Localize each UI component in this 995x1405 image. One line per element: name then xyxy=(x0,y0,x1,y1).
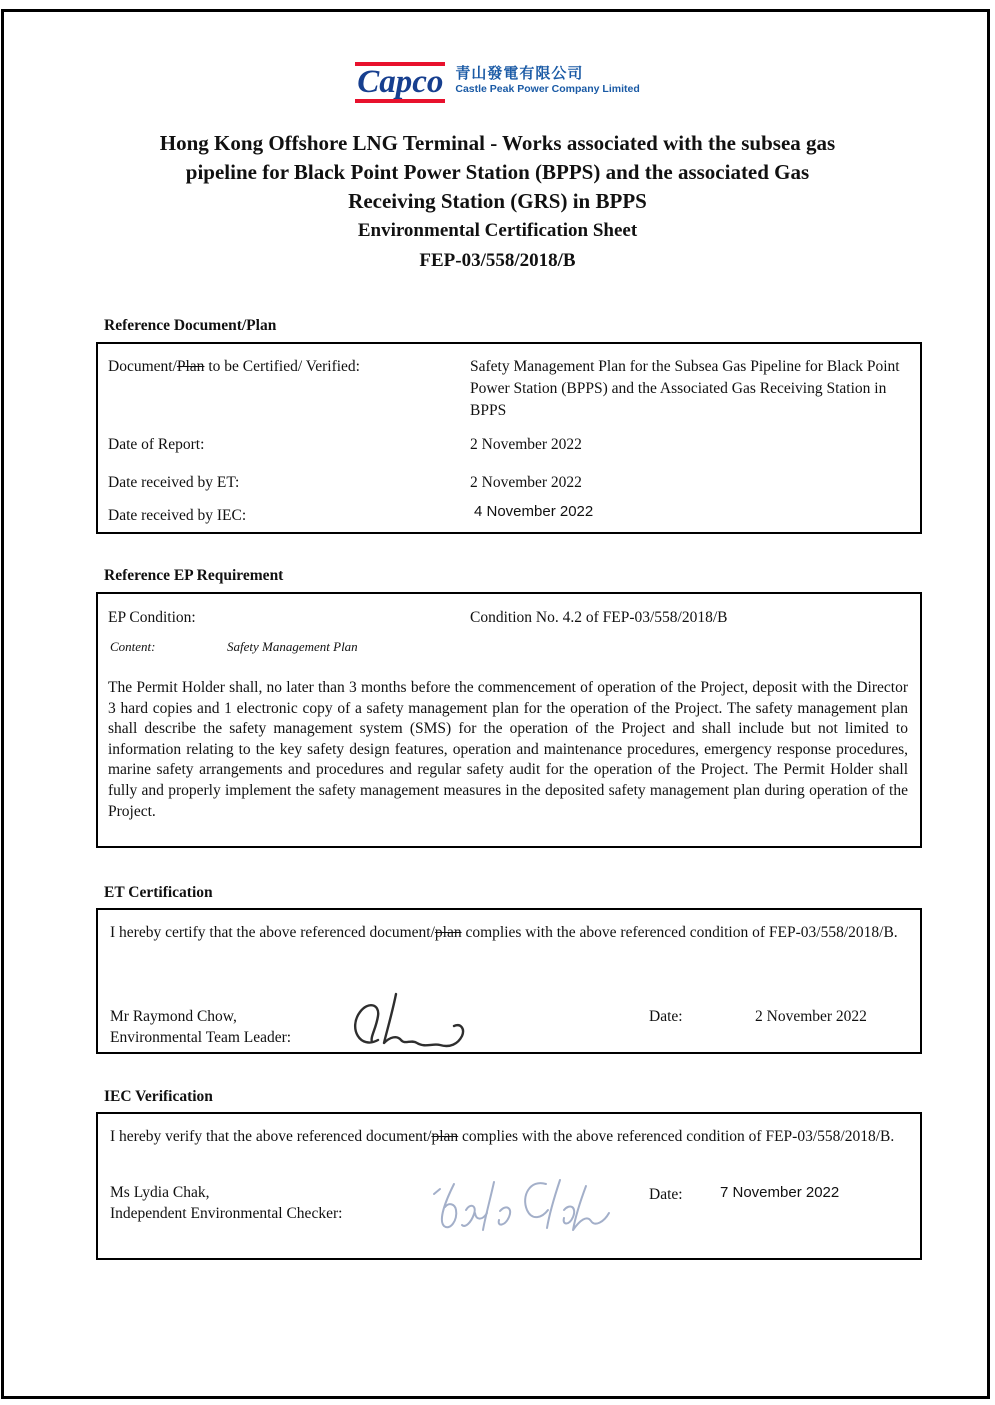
iec-signatory: Ms Lydia Chak, Independent Environmental… xyxy=(110,1182,342,1224)
et-signatory: Mr Raymond Chow, Environmental Team Lead… xyxy=(110,1006,291,1048)
title-line-1: Hong Kong Offshore LNG Terminal - Works … xyxy=(40,129,955,158)
et-signatory-name: Mr Raymond Chow, xyxy=(110,1006,291,1027)
iec-signatory-title: Independent Environmental Checker: xyxy=(110,1203,342,1224)
capco-brand-text: Capco xyxy=(355,66,445,99)
struck-plan-word: Plan xyxy=(177,358,205,375)
et-certification-box: I hereby certify that the above referenc… xyxy=(96,908,922,1054)
date-received-et-label: Date received by ET: xyxy=(108,472,239,494)
iec-signature-image xyxy=(420,1166,630,1246)
content-label: Content: xyxy=(110,638,156,656)
content-value: Safety Management Plan xyxy=(227,638,358,656)
section-heading-reference-ep: Reference EP Requirement xyxy=(104,567,283,585)
document-title: Hong Kong Offshore LNG Terminal - Works … xyxy=(40,129,955,216)
section-heading-reference-document: Reference Document/Plan xyxy=(104,317,276,335)
certification-sheet-page: Capco 青山發電有限公司 Castle Peak Power Company… xyxy=(0,0,995,1405)
date-received-iec-label: Date received by IEC: xyxy=(108,505,246,527)
document-subtitle: Environmental Certification Sheet xyxy=(0,220,995,242)
permit-number: FEP-03/558/2018/B xyxy=(0,250,995,272)
ep-condition-value: Condition No. 4.2 of FEP-03/558/2018/B xyxy=(470,607,728,629)
et-signature-image xyxy=(340,982,475,1050)
et-certification-statement: I hereby certify that the above referenc… xyxy=(110,922,906,944)
section-heading-iec-verification: IEC Verification xyxy=(104,1088,213,1106)
struck-plan-word: plan xyxy=(435,924,462,941)
company-name-chinese: 青山發電有限公司 xyxy=(455,65,639,83)
capco-logo: Capco 青山發電有限公司 Castle Peak Power Company… xyxy=(0,62,995,103)
struck-plan-word: plan xyxy=(431,1128,458,1145)
capco-wordmark: Capco xyxy=(355,62,445,103)
reference-ep-box: EP Condition: Condition No. 4.2 of FEP-0… xyxy=(96,592,922,848)
reference-document-box: Document/Plan to be Certified/ Verified:… xyxy=(96,342,922,534)
date-received-et-value: 2 November 2022 xyxy=(470,472,582,494)
date-received-iec-value: 4 November 2022 xyxy=(474,501,593,523)
et-signatory-title: Environmental Team Leader: xyxy=(110,1027,291,1048)
section-heading-et-certification: ET Certification xyxy=(104,884,213,902)
et-date-value: 2 November 2022 xyxy=(755,1006,867,1028)
date-of-report-value: 2 November 2022 xyxy=(470,434,582,456)
iec-date-value: 7 November 2022 xyxy=(720,1182,839,1204)
title-line-3: Receiving Station (GRS) in BPPS xyxy=(40,187,955,216)
company-name-english: Castle Peak Power Company Limited xyxy=(455,83,639,96)
iec-verification-box: I hereby verify that the above reference… xyxy=(96,1112,922,1260)
ep-condition-label: EP Condition: xyxy=(108,607,196,629)
doc-to-be-certified-value: Safety Management Plan for the Subsea Ga… xyxy=(470,356,906,422)
doc-to-be-certified-label: Document/Plan to be Certified/ Verified: xyxy=(108,356,360,378)
iec-date-label: Date: xyxy=(649,1184,683,1206)
date-of-report-label: Date of Report: xyxy=(108,434,204,456)
ep-condition-paragraph: The Permit Holder shall, no later than 3… xyxy=(108,678,908,822)
iec-verification-statement: I hereby verify that the above reference… xyxy=(110,1126,906,1148)
et-date-label: Date: xyxy=(649,1006,683,1028)
iec-signatory-name: Ms Lydia Chak, xyxy=(110,1182,342,1203)
title-line-2: pipeline for Black Point Power Station (… xyxy=(40,158,955,187)
